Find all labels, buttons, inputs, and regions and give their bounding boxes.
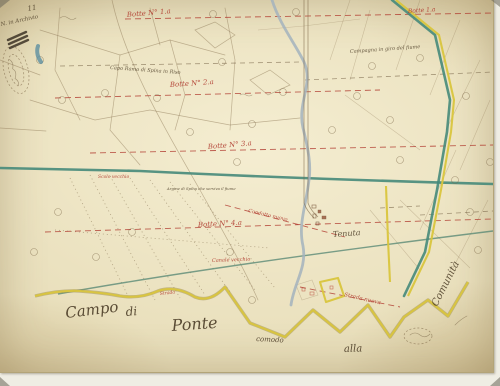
red-label-botte1: Botte N° 1.a: [125, 7, 171, 19]
note-argine: Argine di Spina che serviva il fiume: [166, 186, 236, 191]
red-label-condotto: Condotto nuovo: [248, 208, 288, 223]
map-title-words: Campo di Ponte comodo alla: [64, 298, 362, 355]
red-label-scolo: Scolo vecchio: [98, 174, 129, 180]
main-road-double-line: [304, 0, 318, 218]
red-label-botte2: Botte N° 2.a: [169, 78, 215, 89]
title-word-ponte: Ponte: [170, 313, 218, 335]
red-label-botte3: Botte N° 3.a: [206, 139, 252, 151]
red-label-strada-nuova: Strada nuova: [344, 292, 382, 306]
corner-number: 11: [27, 4, 37, 13]
parcel-circles: [31, 9, 494, 304]
title-word-di: di: [125, 304, 138, 319]
title-word-comodo: comodo: [256, 335, 284, 344]
note-campagna: Campagna in giro del fiume: [350, 44, 421, 55]
red-label-botte1-right: Botte 1.a: [407, 6, 436, 15]
red-label-botte4: Botte N° 4.a: [197, 219, 242, 229]
note-capo-ramo: Capo Ramo di Spina in Riso: [110, 65, 181, 76]
title-word-alla: alla: [344, 343, 363, 355]
corner-slash-marks: [8, 32, 28, 48]
blue-paint-mark: [37, 46, 41, 62]
corner-archive-note: N. in Archivio: [0, 14, 39, 28]
cadastral-map-drawing: Botte N° 1.a Botte 1.a Botte N° 2.a Bott…: [0, 0, 493, 374]
red-survey-lines: [45, 13, 493, 307]
red-label-canale: Canale vecchio: [212, 257, 251, 264]
archive-seal: [0, 44, 33, 96]
note-tenuta: Tenuta: [333, 228, 362, 239]
title-word-campo: Campo: [64, 298, 119, 322]
sepia-dashed-lines: [60, 62, 493, 215]
dotted-field-strips: [55, 175, 275, 300]
